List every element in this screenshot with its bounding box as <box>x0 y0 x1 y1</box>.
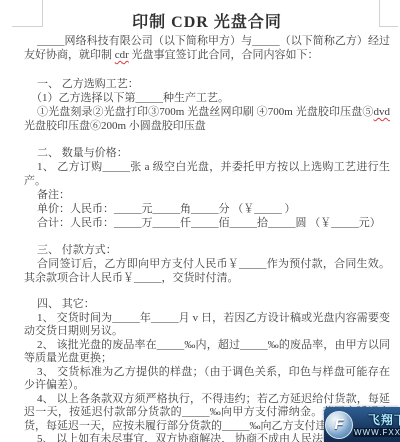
fxxz-site-url: WWW.FXXZ.COM <box>353 428 400 437</box>
total-price-line: 合计：人民币：_____万_____仟_____佰_____拾_____圆 （￥… <box>24 216 390 230</box>
document-title: 印制 CDR 光盘合同 <box>24 12 390 34</box>
note-label: 备注： <box>24 188 390 202</box>
fxxz-site-watermark: F 飞翔下载 WWW.FXXZ.COM <box>324 407 400 442</box>
unit-price-line: 单价：人民币：_____元_____角_____分 （￥_____ ） <box>24 202 390 216</box>
process-choose-line: （1）乙方选择以下第_____种生产工艺。 <box>24 91 390 105</box>
other-item-defect-rate: 2、 该批光盘的废品率在_____‰内，超过_____‰的废品率，由甲方以同等质… <box>24 339 390 366</box>
page-margin-mark-left <box>12 0 43 27</box>
fxxz-logo-icon: F <box>325 411 353 439</box>
section-process-heading: 一、 乙方选购工艺： <box>24 77 390 91</box>
payment-terms-paragraph: 合同签订后，乙方即向甲方支付人民币￥_____作为预付款，合同生效。其余款项合计… <box>24 257 390 285</box>
spellcheck-word-dvd: dvd <box>374 106 391 118</box>
section-process: 一、 乙方选购工艺： （1）乙方选择以下第_____种生产工艺。 ①光盘刻录②光… <box>24 77 390 133</box>
process-options-after: 光盘胶印压盘⑥200m 小圆盘胶印压盘 <box>24 120 206 132</box>
document-body: 印制 CDR 光盘合同 _____网络科技有限公司（以下简称甲方）与_____（… <box>0 12 400 442</box>
page-margin-mark-right <box>379 0 398 27</box>
section-other-heading: 四、 其它： <box>24 298 390 312</box>
intro-paragraph: _____网络科技有限公司（以下简称甲方）与_____（以下简称乙方）经过友好协… <box>24 34 390 62</box>
fxxz-watermark-text: 飞翔下载 WWW.FXXZ.COM <box>353 413 400 437</box>
section-quantity-heading: 二、 数量与价格： <box>24 146 390 160</box>
section-payment-heading: 三、 付款方式： <box>24 243 390 257</box>
spellcheck-word-cdr: cdr <box>115 49 129 61</box>
section-payment: 三、 付款方式： 合同签订后，乙方即向甲方支付人民币￥_____作为预付款，合同… <box>24 243 390 285</box>
intro-text-after: 光盘事宜签订此合同，合同内容如下： <box>129 49 319 61</box>
order-quantity-line: 1、 乙方订购_____张 a 级空白光盘，并委托甲方按以上选购工艺进行生产。 <box>24 160 390 188</box>
section-quantity-price: 二、 数量与价格： 1、 乙方订购_____张 a 级空白光盘，并委托甲方按以上… <box>24 146 390 230</box>
fxxz-logo-letter: F <box>334 418 343 432</box>
process-options-line: ①光盘刻录②光盘打印③700m 光盘丝网印刷 ④700m 光盘胶印压盘⑤dvd … <box>24 105 390 133</box>
process-options-before: ①光盘刻录②光盘打印③700m 光盘丝网印刷 ④700m 光盘胶印压盘⑤ <box>37 106 374 118</box>
contract-document-page: 印制 CDR 光盘合同 _____网络科技有限公司（以下简称甲方）与_____（… <box>0 0 400 442</box>
fxxz-site-name: 飞翔下载 <box>353 413 400 427</box>
other-item-delivery-standard: 3、 交货标准为乙方提供的样盘；（由于调色关系，印色与样盘可能存在少许偏差）。 <box>24 366 390 393</box>
other-item-delivery-time: 1、 交货时间为_____年_____月 v 日，若因乙方设计稿或光盘内容需要变… <box>24 312 390 339</box>
